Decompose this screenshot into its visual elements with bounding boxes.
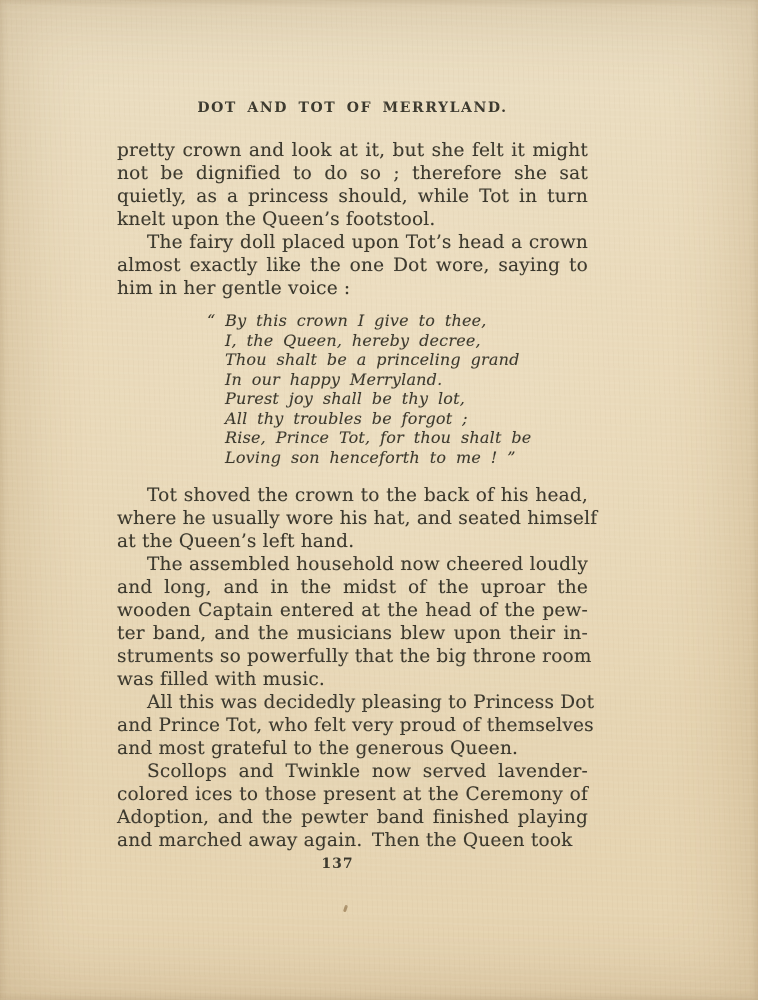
poem-line: Loving son henceforth to me ! ” (225, 448, 588, 468)
text-line: and long, and in the midst of the uproar… (117, 576, 588, 599)
text-line: at the Queen’s left hand. (117, 530, 588, 553)
poem-line: All thy troubles be forgot ; (225, 409, 588, 429)
text-line: struments so powerfully that the big thr… (117, 645, 588, 668)
poem: “ By this crown I give to thee,I, the Qu… (225, 311, 588, 467)
text-line: quietly, as a princess should, while Tot… (117, 185, 588, 208)
text-line: wooden Captain entered at the head of th… (117, 599, 588, 622)
text-line: and most grateful to the generous Queen. (117, 737, 588, 760)
text-line: Adoption, and the pewter band finished p… (117, 806, 588, 829)
text-line: All this was decidedly pleasing to Princ… (117, 691, 588, 714)
text-line: colored ices to those present at the Cer… (117, 783, 588, 806)
text-line: and marched away again. Then the Queen t… (117, 829, 588, 852)
poem-line: “ By this crown I give to thee, (225, 311, 588, 331)
paragraph: Scollops and Twinkle now served lavender… (117, 760, 588, 852)
text-line: The fairy doll placed upon Tot’s head a … (117, 231, 588, 254)
poem-line: In our happy Merryland. (225, 370, 588, 390)
text-line: Scollops and Twinkle now served lavender… (117, 760, 588, 783)
poem-line: Rise, Prince Tot, for thou shalt be (225, 428, 588, 448)
book-page: DOT AND TOT OF MERRYLAND. pretty crown a… (0, 0, 758, 1000)
text-line: him in her gentle voice : (117, 277, 588, 300)
text-line: was filled with music. (117, 668, 588, 691)
text-line: where he usually wore his hat, and seate… (117, 507, 588, 530)
poem-line: Thou shalt be a princeling grand (225, 350, 588, 370)
running-head: DOT AND TOT OF MERRYLAND. (117, 100, 588, 116)
paragraph: pretty crown and look at it, but she fel… (117, 139, 588, 231)
text-line: and Prince Tot, who felt very proud of t… (117, 714, 588, 737)
text-line: almost exactly like the one Dot wore, sa… (117, 254, 588, 277)
paragraph: The assembled household now cheered loud… (117, 553, 588, 691)
poem-line: I, the Queen, hereby decree, (225, 331, 588, 351)
poem-line: Purest joy shall be thy lot, (225, 389, 588, 409)
text-line: not be dignified to do so ; therefore sh… (117, 162, 588, 185)
text-line: The assembled household now cheered loud… (117, 553, 588, 576)
paragraph: All this was decidedly pleasing to Princ… (117, 691, 588, 760)
paragraph: Tot shoved the crown to the back of his … (117, 484, 588, 553)
text-line: pretty crown and look at it, but she fel… (117, 139, 588, 162)
paper-speck (343, 905, 348, 913)
text-line: ter band, and the musicians blew upon th… (117, 622, 588, 645)
page-number: 137 (102, 856, 573, 872)
text-line: Tot shoved the crown to the back of his … (117, 484, 588, 507)
body-text: pretty crown and look at it, but she fel… (117, 139, 588, 852)
text-line: knelt upon the Queen’s footstool. (117, 208, 588, 231)
paragraph: The fairy doll placed upon Tot’s head a … (117, 231, 588, 300)
